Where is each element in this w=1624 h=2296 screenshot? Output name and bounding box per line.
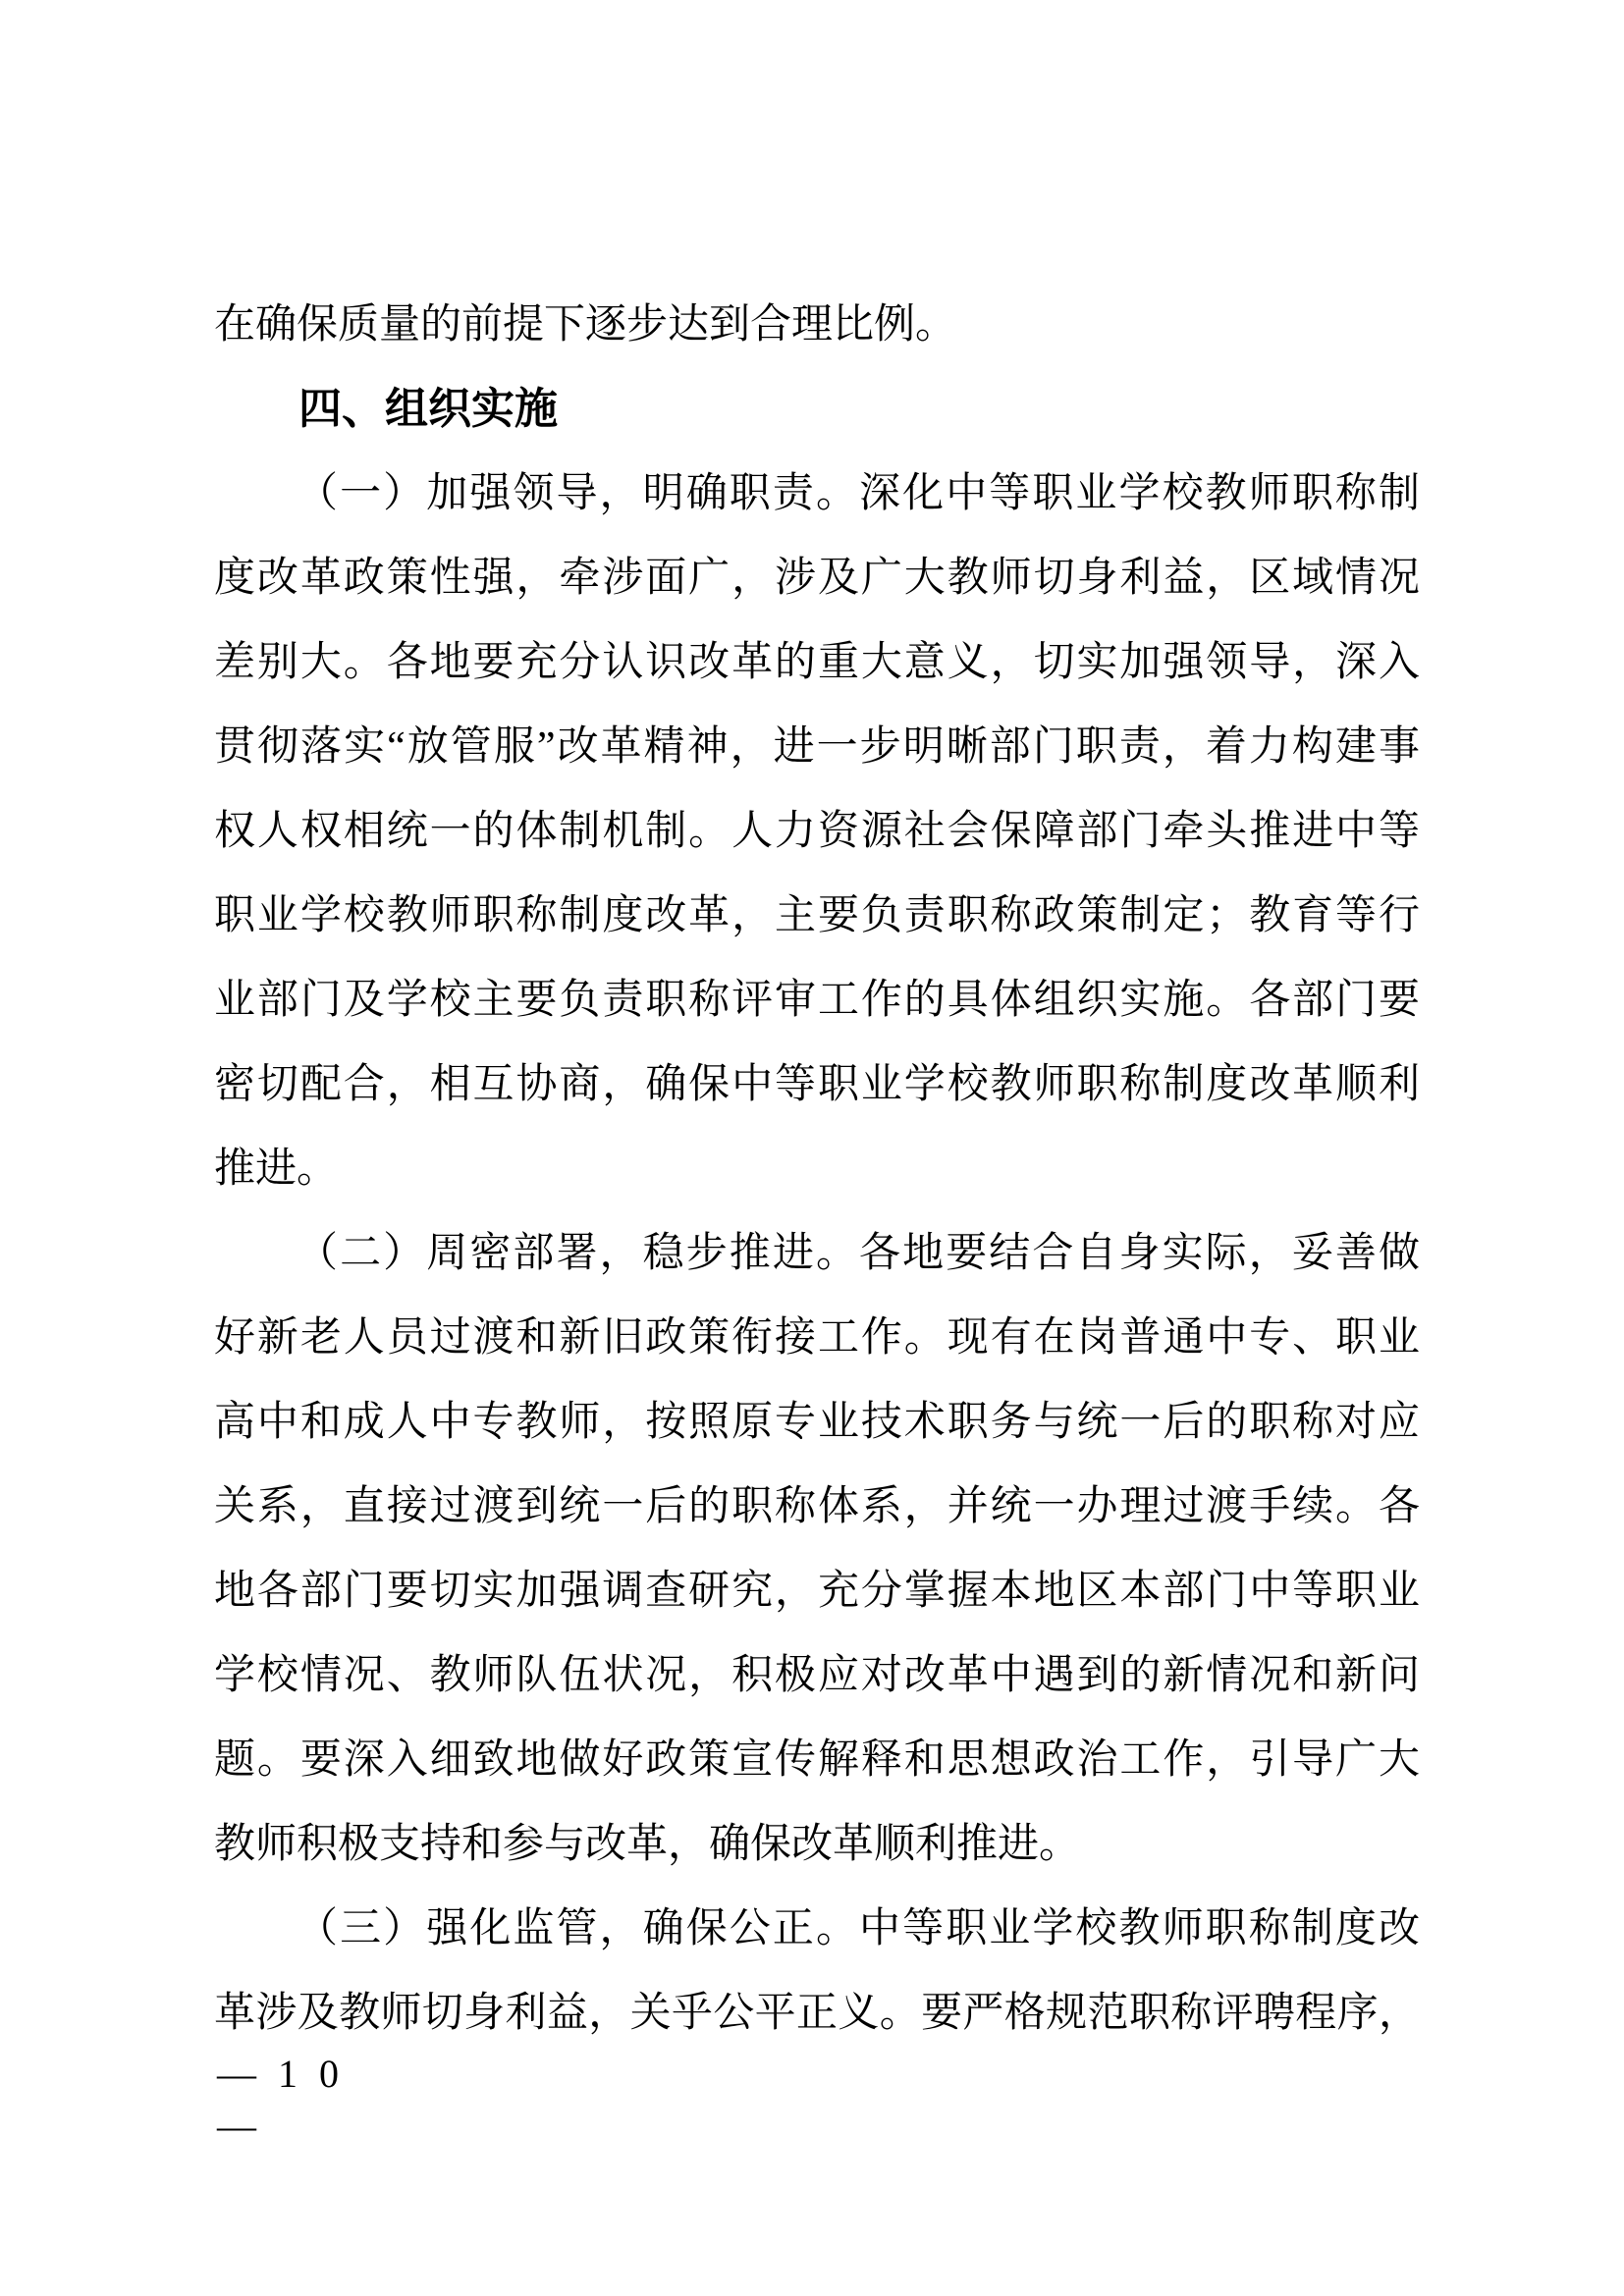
paragraph-1-line-1: 深化中等职业学校教师职称制	[859, 471, 1420, 516]
paragraph-2-line-5: 地各部门要切实加强调查研究，充分掌握本地区本部门中等职业	[214, 1549, 1420, 1633]
paragraph-2-line-7: 题。要深入细致地做好政策宣传解释和思想政治工作，引导广大	[214, 1718, 1420, 1802]
paragraph-2-line-6: 学校情况、教师队伍状况，积极应对改革中遇到的新情况和新问	[214, 1633, 1420, 1718]
paragraph-3-line-1: 中等职业学校教师职称制度改	[859, 1906, 1420, 1951]
paragraph-2-line-2: 好新老人员过渡和新旧政策衔接工作。现有在岗普通中专、职业	[214, 1296, 1420, 1380]
section-heading: 四、组织实施	[214, 367, 1420, 452]
paragraph-1-line-3: 差别大。各地要充分认识改革的重大意义，切实加强领导，深入	[214, 620, 1420, 705]
paragraph-2-line-8: 教师积极支持和参与改革，确保改革顺利推进。	[214, 1802, 1420, 1887]
paragraph-3-lead: （三）强化监管，确保公正。	[297, 1906, 859, 1951]
paragraph-2-line-1: 各地要结合自身实际，妥善做	[859, 1231, 1420, 1276]
page-number-dash: —	[217, 2100, 345, 2152]
document-body: 在确保质量的前提下逐步达到合理比例。 四、组织实施 （一）加强领导，明确职责。深…	[214, 283, 1420, 2056]
paragraph-2-line-4: 关系，直接过渡到统一后的职称体系，并统一办理过渡手续。各	[214, 1465, 1420, 1549]
paragraph-3-lead-line: （三）强化监管，确保公正。中等职业学校教师职称制度改	[214, 1887, 1420, 1971]
paragraph-2-lead: （二）周密部署，稳步推进。	[297, 1231, 859, 1276]
paragraph-1-line-2: 度改革政策性强，牵涉面广，涉及广大教师切身利益，区域情况	[214, 536, 1420, 620]
paragraph-1-line-8: 密切配合，相互协商，确保中等职业学校教师职称制度改革顺利	[214, 1042, 1420, 1127]
paragraph-1-line-5: 权人权相统一的体制机制。人力资源社会保障部门牵头推进中等	[214, 789, 1420, 874]
paragraph-2-lead-line: （二）周密部署，稳步推进。各地要结合自身实际，妥善做	[214, 1211, 1420, 1296]
paragraph-1-line-6: 职业学校教师职称制度改革，主要负责职称政策制定；教育等行	[214, 874, 1420, 958]
paragraph-1-line-9: 推进。	[214, 1127, 1420, 1211]
document-page: 在确保质量的前提下逐步达到合理比例。 四、组织实施 （一）加强领导，明确职责。深…	[0, 0, 1624, 2296]
page-footer: — 1 0 —	[217, 2048, 345, 2152]
paragraph-1-lead: （一）加强领导，明确职责。	[297, 471, 859, 516]
paragraph-1-line-7: 业部门及学校主要负责职称评审工作的具体组织实施。各部门要	[214, 958, 1420, 1042]
paragraph-3-line-2: 革涉及教师切身利益，关乎公平正义。要严格规范职称评聘程序，	[214, 1971, 1420, 2056]
page-number: — 1 0	[217, 2048, 345, 2100]
body-line-closing: 在确保质量的前提下逐步达到合理比例。	[214, 283, 1420, 367]
paragraph-2-line-3: 高中和成人中专教师，按照原专业技术职务与统一后的职称对应	[214, 1380, 1420, 1465]
paragraph-1-lead-line: （一）加强领导，明确职责。深化中等职业学校教师职称制	[214, 452, 1420, 536]
paragraph-1-line-4: 贯彻落实“放管服”改革精神，进一步明晰部门职责，着力构建事	[214, 705, 1420, 789]
